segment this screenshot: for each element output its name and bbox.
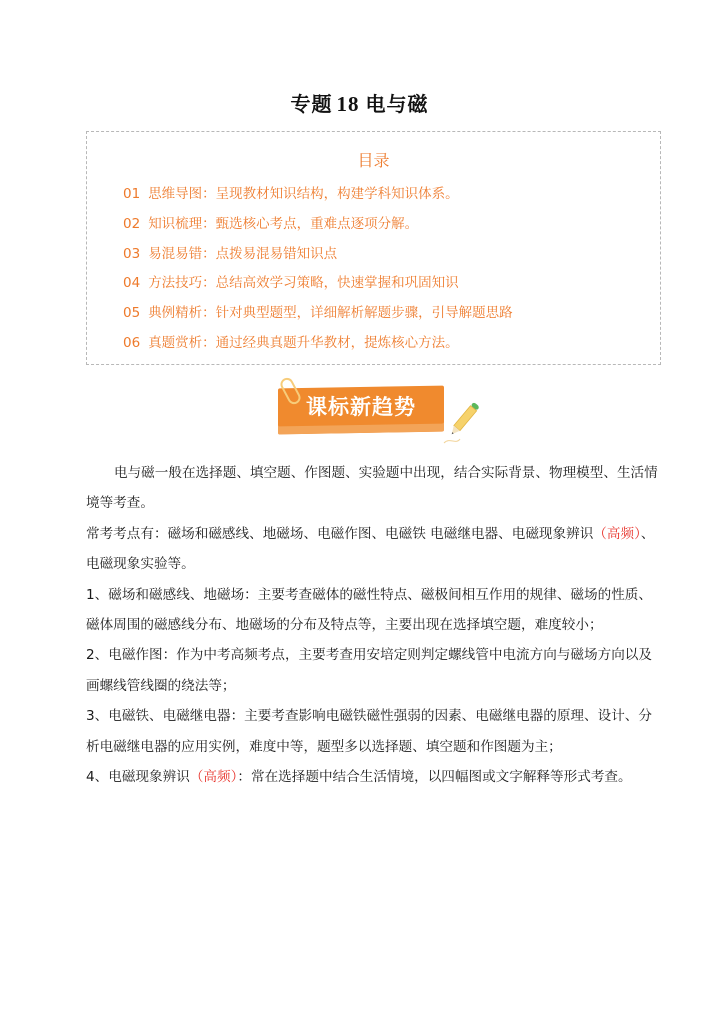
intro-paragraph: 电与磁一般在选择题、填空题、作图题、实验题中出现，结合实际背景、物理模型、生活情… <box>86 458 662 519</box>
pencil-icon <box>442 397 482 447</box>
point-4: 4、电磁现象辨识（高频）：常在选择题中结合生活情境，以四幅图或文字解释等形式考查… <box>86 762 662 792</box>
high-frequency-tag: （高频） <box>190 769 238 785</box>
point-4-prefix: 4、电磁现象辨识 <box>86 769 190 785</box>
toc-index: 04 <box>123 275 140 291</box>
toc-index: 06 <box>123 335 140 351</box>
toc-index: 05 <box>123 305 140 321</box>
high-frequency-tag: （高频） <box>593 526 641 542</box>
toc-item: 06真题赏析：通过经典真题升华教材，提炼核心方法。 <box>123 333 513 363</box>
toc-index: 03 <box>123 246 140 262</box>
toc-item: 05典例精析：针对典型题型，详细解析解题步骤，引导解题思路 <box>123 303 513 333</box>
toc-item: 01思维导图：呈现教材知识结构，构建学科知识体系。 <box>123 184 513 214</box>
toc-label: 易混易错：点拨易混易错知识点 <box>148 246 337 262</box>
title-number: 18 <box>337 92 360 116</box>
common-points-text: 常考考点有：磁场和磁感线、地磁场、电磁作图、电磁铁 电磁继电器、电磁现象辨识 <box>86 526 593 542</box>
point-1: 1、磁场和磁感线、地磁场：主要考查磁体的磁性特点、磁极间相互作用的规律、磁场的性… <box>86 580 662 641</box>
toc-label: 典例精析：针对典型题型，详细解析解题步骤，引导解题思路 <box>148 305 513 321</box>
toc-list: 01思维导图：呈现教材知识结构，构建学科知识体系。 02知识梳理：甄选核心考点，… <box>123 184 513 363</box>
toc-item: 02知识梳理：甄选核心考点，重难点逐项分解。 <box>123 214 513 244</box>
section-banner: 课标新趋势 <box>270 375 485 450</box>
common-points-paragraph: 常考考点有：磁场和磁感线、地磁场、电磁作图、电磁铁 电磁继电器、电磁现象辨识（高… <box>86 519 662 580</box>
trend-content: 电与磁一般在选择题、填空题、作图题、实验题中出现，结合实际背景、物理模型、生活情… <box>86 458 662 792</box>
toc-index: 01 <box>123 186 140 202</box>
toc-item: 04方法技巧：总结高效学习策略，快速掌握和巩固知识 <box>123 273 513 303</box>
title-topic: 电与磁 <box>366 92 429 116</box>
point-3: 3、电磁铁、电磁继电器：主要考查影响电磁铁磁性强弱的因素、电磁继电器的原理、设计… <box>86 701 662 762</box>
title-prefix: 专题 <box>291 92 333 116</box>
page-title: 专题18电与磁 <box>0 88 719 117</box>
point-4-suffix: ：常在选择题中结合生活情境，以四幅图或文字解释等形式考查。 <box>237 769 631 785</box>
toc-item: 03易混易错：点拨易混易错知识点 <box>123 244 513 274</box>
toc-label: 真题赏析：通过经典真题升华教材，提炼核心方法。 <box>148 335 459 351</box>
toc-index: 02 <box>123 216 140 232</box>
toc-label: 方法技巧：总结高效学习策略，快速掌握和巩固知识 <box>148 275 459 291</box>
toc-heading: 目录 <box>87 148 660 171</box>
point-2: 2、电磁作图：作为中考高频考点，主要考查用安培定则判定螺线管中电流方向与磁场方向… <box>86 640 662 701</box>
toc-label: 思维导图：呈现教材知识结构，构建学科知识体系。 <box>148 186 459 202</box>
banner-label: 课标新趋势 <box>278 387 444 427</box>
table-of-contents: 目录 01思维导图：呈现教材知识结构，构建学科知识体系。 02知识梳理：甄选核心… <box>86 131 661 365</box>
toc-label: 知识梳理：甄选核心考点，重难点逐项分解。 <box>148 216 418 232</box>
